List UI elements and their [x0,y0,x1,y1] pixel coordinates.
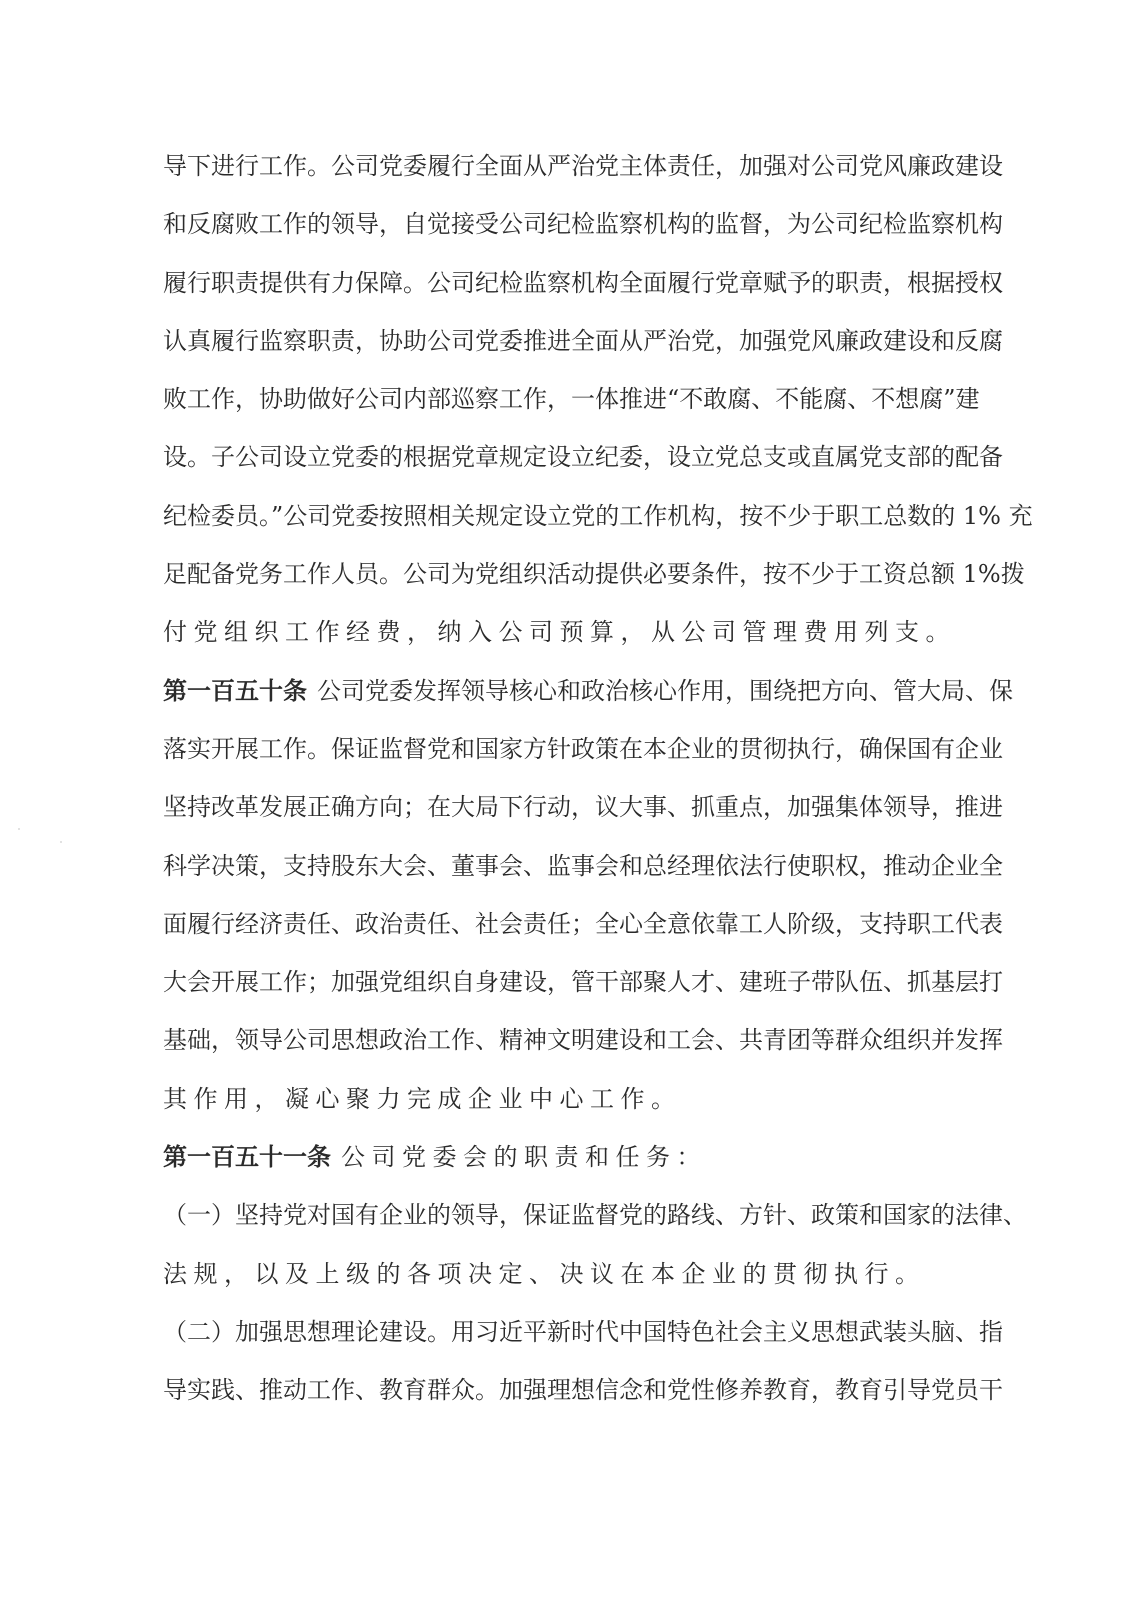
list-item-line: （二）加强思想理论建设。用习近平新时代中国特色社会主义思想武装头脑、指 [163,1312,969,1370]
scan-speck [60,841,62,843]
text-line: 履行职责提供有力保障。公司纪检监察机构全面履行党章赋予的职责，根据授权 [163,263,969,321]
list-item-line: 导实践、推动工作、教育群众。加强理想信念和党性修养教育，教育引导党员干 [163,1370,969,1428]
text-line: 其作用，凝心聚力完成企业中心工作。 [163,1079,969,1137]
list-item-line: 法规，以及上级的各项决定、决议在本企业的贯彻执行。 [163,1254,969,1312]
text-line: 公司党委发挥领导核心和政治核心作用，围绕把方向、管大局、保 [317,677,1013,705]
article-151-intro: 公司党委会的职责和任务： [341,1143,707,1171]
text-line: 付党组织工作经费，纳入公司预算，从公司管理费用列支。 [163,612,969,670]
text-line: 纪检委员。”公司党委按照相关规定设立党的工作机构，按不少于职工总数的 1% 充 [163,496,969,554]
text-line: 大会开展工作；加强党组织自身建设，管干部聚人才、建班子带队伍、抓基层打 [163,962,969,1020]
text-line: 面履行经济责任、政治责任、社会责任；全心全意依靠工人阶级，支持职工代表 [163,904,969,962]
article-151-heading: 第一百五十一条 [163,1142,331,1171]
text-line: 科学决策，支持股东大会、董事会、监事会和总经理依法行使职权，推动企业全 [163,846,969,904]
scan-speck [18,828,20,830]
text-line: 和反腐败工作的领导，自觉接受公司纪检监察机构的监督，为公司纪检监察机构 [163,204,969,262]
document-page: 导下进行工作。公司党委履行全面从严治党主体责任，加强对公司党风廉政建设 和反腐败… [0,0,1131,1600]
text-line: 导下进行工作。公司党委履行全面从严治党主体责任，加强对公司党风廉政建设 [163,146,969,204]
article-151-first-line: 第一百五十一条公司党委会的职责和任务： [163,1137,969,1195]
article-150-heading: 第一百五十条 [163,676,307,705]
text-line: 落实开展工作。保证监督党和国家方针政策在本企业的贯彻执行，确保国有企业 [163,729,969,787]
article-150-first-line: 第一百五十条公司党委发挥领导核心和政治核心作用，围绕把方向、管大局、保 [163,671,969,729]
text-line: 设。子公司设立党委的根据党章规定设立纪委，设立党总支或直属党支部的配备 [163,437,969,495]
text-line: 足配备党务工作人员。公司为党组织活动提供必要条件，按不少于工资总额 1%拨 [163,554,969,612]
text-line: 坚持改革发展正确方向；在大局下行动，议大事、抓重点，加强集体领导，推进 [163,787,969,845]
list-item-line: （一）坚持党对国有企业的领导，保证监督党的路线、方针、政策和国家的法律、 [163,1195,969,1253]
text-line: 基础，领导公司思想政治工作、精神文明建设和工会、共青团等群众组织并发挥 [163,1020,969,1078]
text-line: 认真履行监察职责，协助公司党委推进全面从严治党，加强党风廉政建设和反腐 [163,321,969,379]
text-line: 败工作，协助做好公司内部巡察工作，一体推进“不敢腐、不能腐、不想腐”建 [163,379,969,437]
document-body: 导下进行工作。公司党委履行全面从严治党主体责任，加强对公司党风廉政建设 和反腐败… [163,146,969,1429]
